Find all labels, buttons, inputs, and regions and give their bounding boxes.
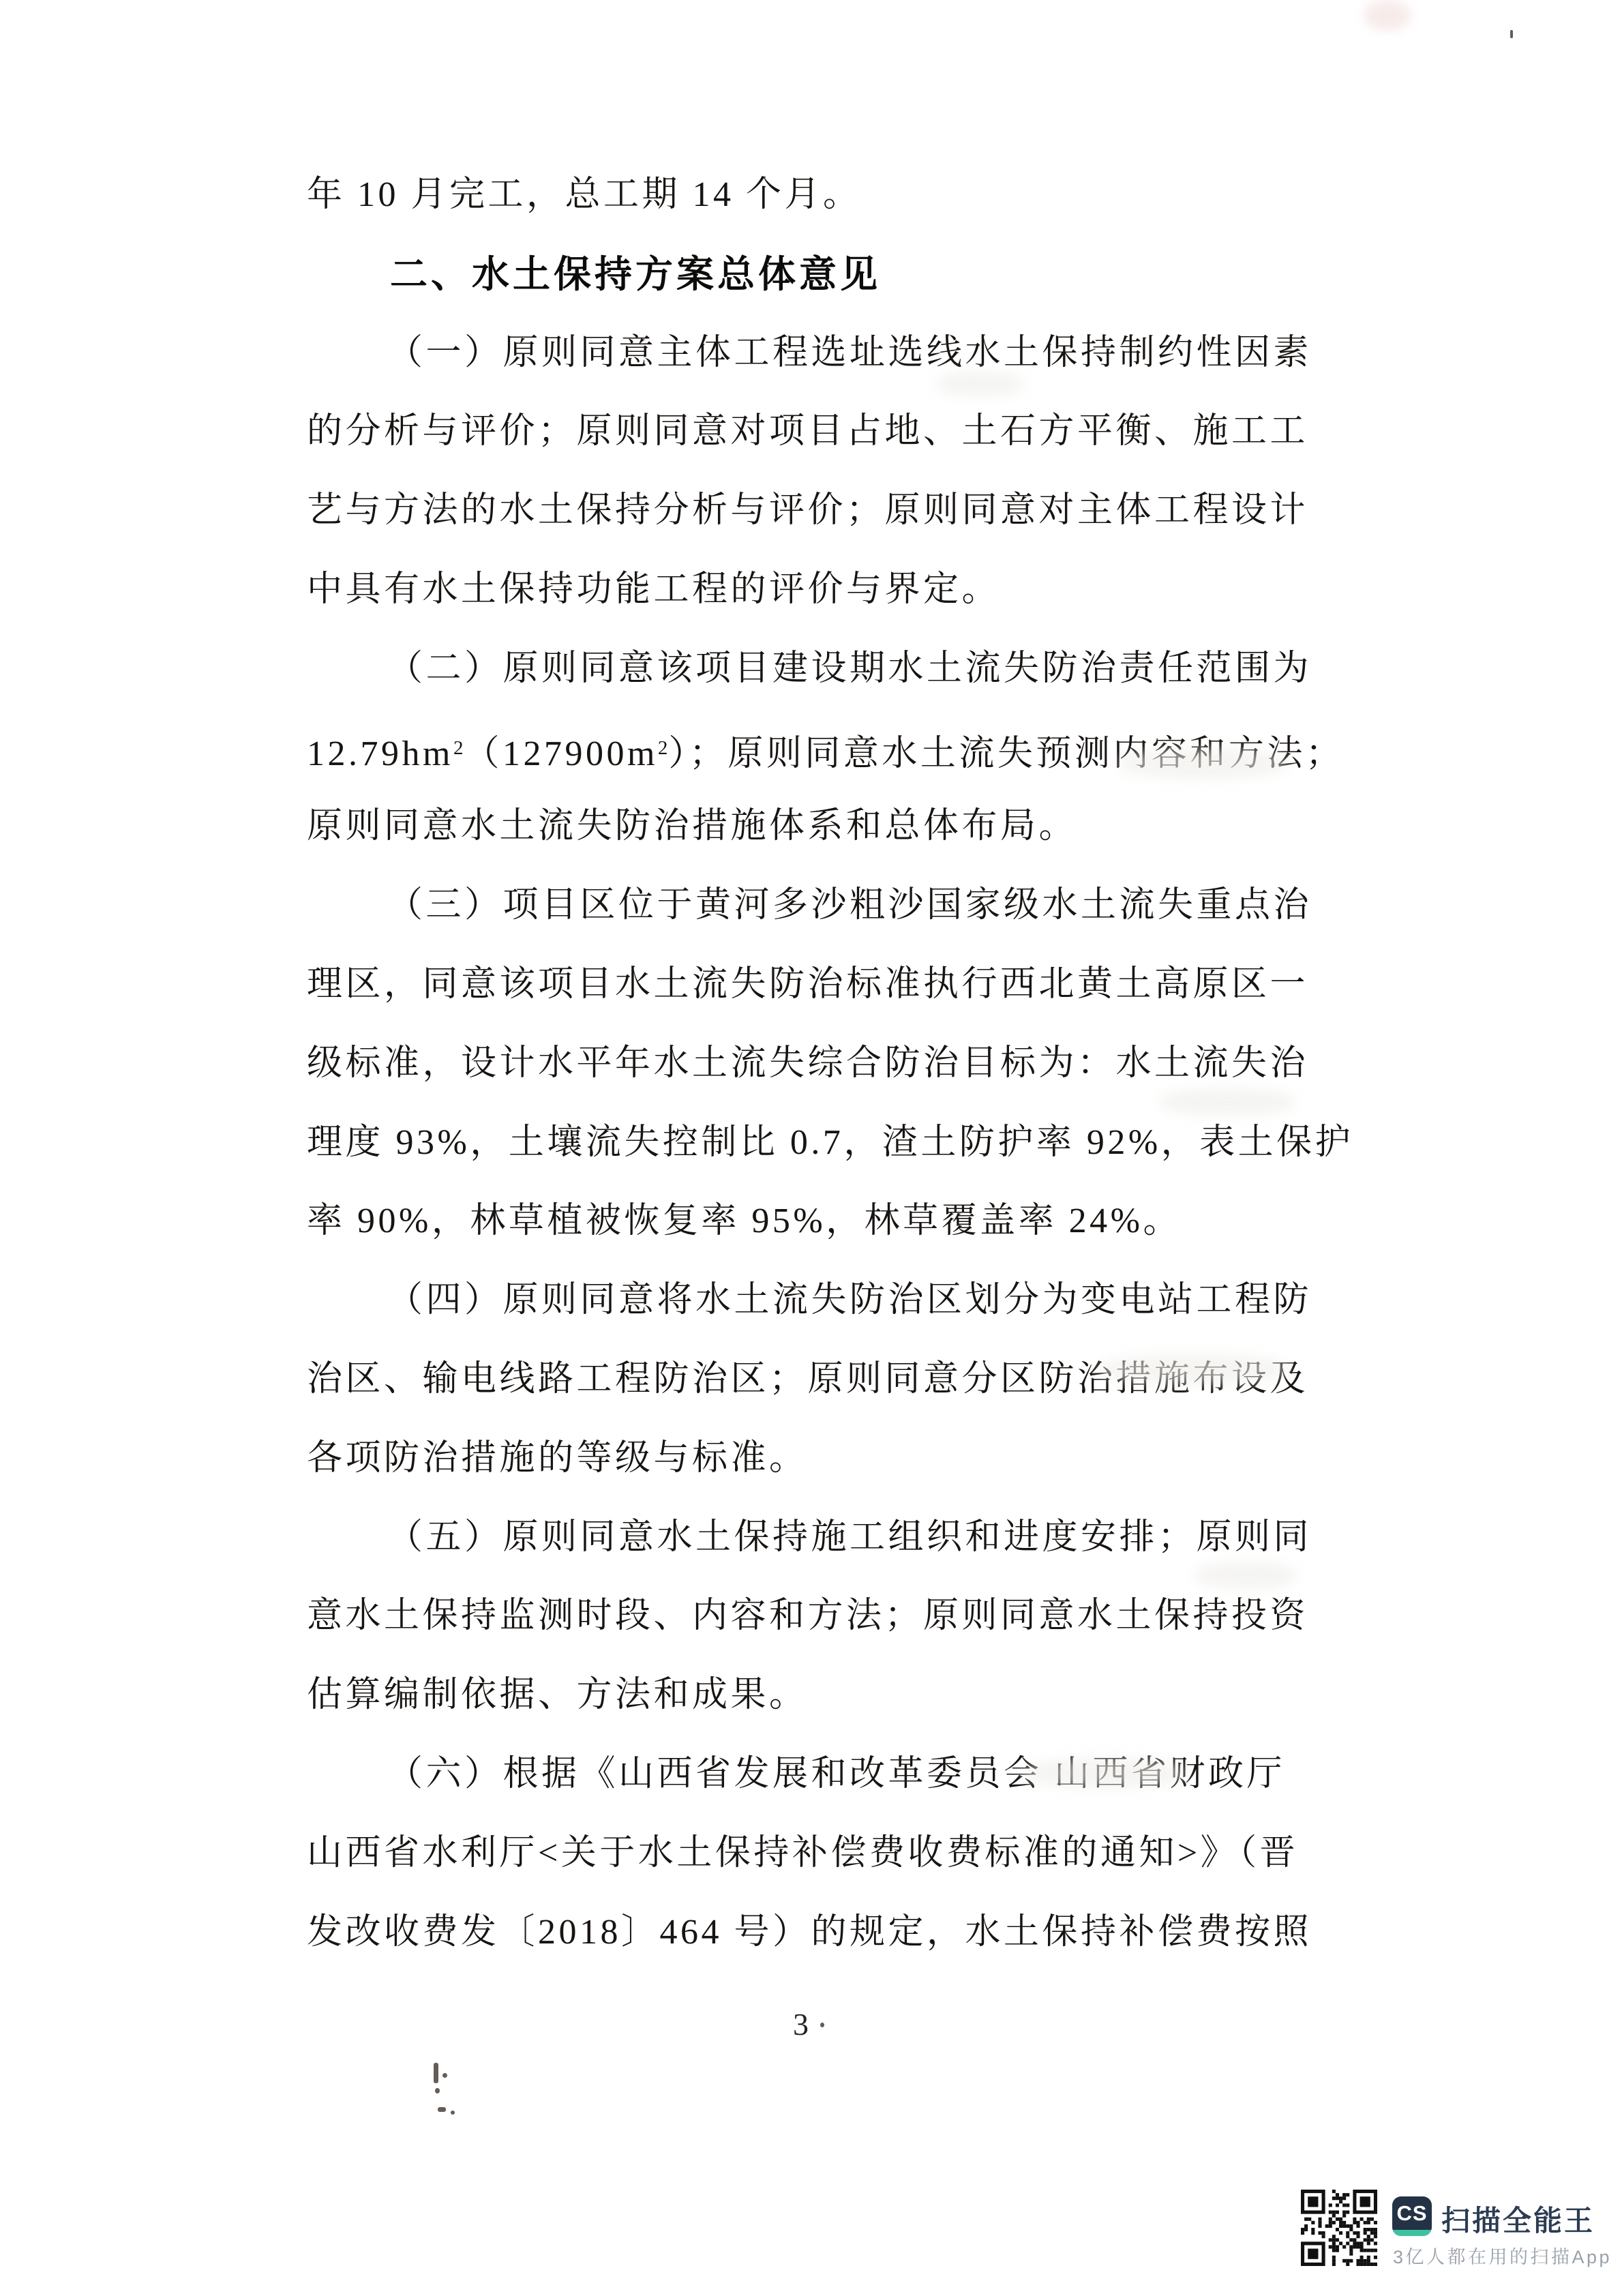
- text-line: 率 90%，林草植被恢复率 95%，林草覆盖率 24%。: [307, 1195, 1343, 1247]
- text-line: 发改收费发〔2018〕464 号）的规定，水土保持补偿费按照: [307, 1907, 1343, 1958]
- text-line: （六）根据《山西省发展和改革委员会 山西省财政厅: [307, 1748, 1424, 1800]
- camscanner-logo-teal-strip: [1392, 2230, 1432, 2236]
- scan-smudge: [1118, 749, 1289, 779]
- watermark-tagline: 3亿人都在用的扫描App: [1393, 2242, 1612, 2269]
- text-line: 意水土保持监测时段、内容和方法；原则同意水土保持投资: [307, 1590, 1343, 1642]
- scanned-document-page: 年 10 月完工，总工期 14 个月。二、水土保持方案总体意见（一）原则同意主体…: [0, 0, 1622, 2296]
- text-line: 原则同意水土流失防治措施体系和总体布局。: [307, 801, 1343, 852]
- superscript: 2: [658, 737, 669, 759]
- scan-smudge: [1023, 1758, 1186, 1788]
- text-line: 山西省水利厅<关于水土保持补偿费收费标准的通知>》（晋: [307, 1828, 1343, 1879]
- ink-speck: [451, 2111, 455, 2115]
- section-heading: 二、水土保持方案总体意见: [307, 248, 1426, 300]
- scan-smudge: [1098, 1354, 1289, 1384]
- text-line: 的分析与评价；原则同意对项目占地、土石方平衡、施工工: [307, 406, 1343, 458]
- ink-speck: [435, 2088, 440, 2093]
- page-number: 3: [793, 2006, 809, 2042]
- text-line: 艺与方法的水土保持分析与评价；原则同意对主体工程设计: [307, 485, 1343, 537]
- qr-code-icon: [1301, 2190, 1377, 2266]
- text-line: （五）原则同意水土保持施工组织和进度安排；原则同: [307, 1512, 1424, 1564]
- scan-smudge: [1364, 0, 1411, 31]
- text-line: （三）项目区位于黄河多沙粗沙国家级水土流失重点治: [307, 880, 1424, 931]
- text-segment: （127900m: [464, 734, 657, 773]
- scan-smudge: [935, 372, 1024, 396]
- text-line: 级标准，设计水平年水土流失综合防治目标为：水土流失治: [307, 1038, 1343, 1090]
- text-segment: 12.79hm: [307, 734, 453, 773]
- watermark-app-name: 扫描全能王: [1441, 2198, 1595, 2239]
- text-line: （四）原则同意将水土流失防治区划分为变电站工程防: [307, 1274, 1424, 1326]
- text-line: 中具有水土保持功能工程的评价与界定。: [307, 564, 1343, 616]
- camscanner-logo-icon: CS: [1392, 2196, 1432, 2236]
- superscript: 2: [453, 737, 464, 759]
- scan-smudge: [1195, 1562, 1297, 1589]
- ink-speck: [438, 2107, 446, 2112]
- text-line: 估算编制依据、方法和成果。: [307, 1669, 1343, 1721]
- text-line: （二）原则同意该项目建设期水土流失防治责任范围为: [307, 643, 1424, 695]
- text-line: 理区，同意该项目水土流失防治标准执行西北黄土高原区一: [307, 959, 1343, 1011]
- text-line: 各项防治措施的等级与标准。: [307, 1433, 1343, 1485]
- ink-speck: [442, 2073, 447, 2078]
- camscanner-logo-text: CS: [1392, 2196, 1432, 2231]
- ink-speck: [434, 2063, 438, 2083]
- ink-speck: [820, 2023, 824, 2027]
- ink-speck: [1510, 30, 1513, 38]
- text-line: 理度 93%，土壤流失控制比 0.7，渣土防护率 92%，表土保护: [307, 1117, 1343, 1169]
- text-line: （一）原则同意主体工程选址选线水土保持制约性因素: [307, 327, 1424, 379]
- scan-smudge: [1159, 1088, 1295, 1116]
- text-line: 年 10 月完工，总工期 14 个月。: [307, 169, 1343, 221]
